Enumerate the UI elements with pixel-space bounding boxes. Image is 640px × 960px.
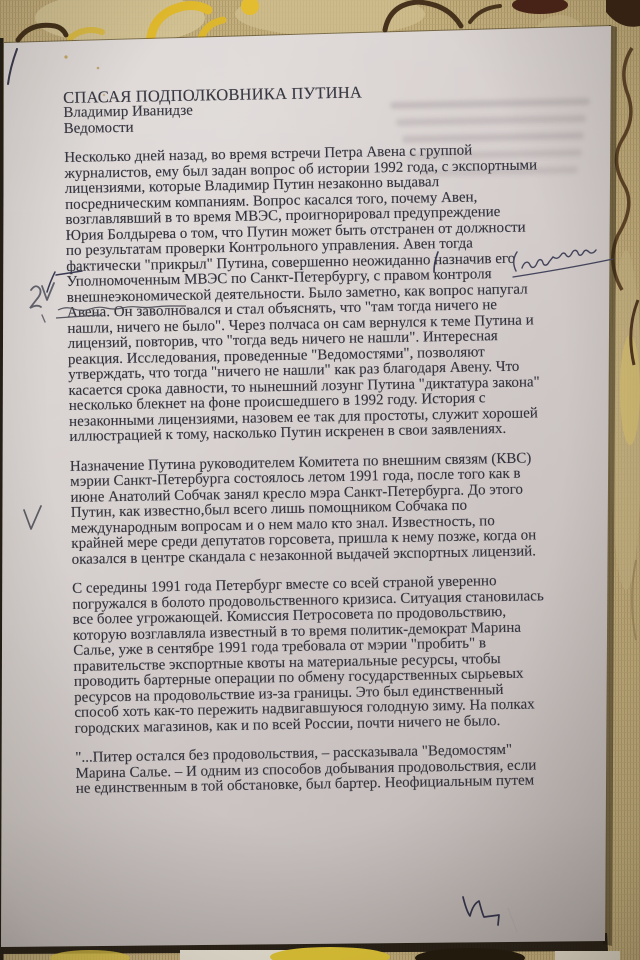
bleed-through-ghost-text [396,115,586,126]
flower-streak-yellow [620,335,640,445]
bleed-through-ghost-text [300,205,420,215]
document-title: СПАСАЯ ПОДПОЛКОВНИКА ПУТИНА [63,79,611,106]
bleed-through-ghost-text [390,98,590,109]
bleed-through-ghost-text [407,149,582,160]
paragraph-3: С середины 1991 года Петербург вместе со… [72,572,623,737]
document-page: СПАСАЯ ПОДПОЛКОВНИКА ПУТИНА Владимир Ива… [0,0,640,960]
bleed-through-ghost-text [420,166,578,176]
document-publication: Ведомости [64,111,612,137]
bleed-through-ghost-text [402,132,584,143]
paragraph-1: Несколько дней назад, во время встречи П… [64,141,617,445]
typed-text-block: СПАСАЯ ПОДПОЛКОВНИКА ПУТИНА Владимир Ива… [63,79,624,797]
paragraph-4: "...Питер остался без продовольствия, – … [75,741,624,798]
photo-of-document: СПАСАЯ ПОДПОЛКОВНИКА ПУТИНА Владимир Ива… [0,0,640,960]
fabric-white-patch [555,951,620,960]
document-author: Владимир Иванидзе [63,96,611,122]
paragraph-2: Назначение Путина руководителем Комитета… [70,449,620,568]
